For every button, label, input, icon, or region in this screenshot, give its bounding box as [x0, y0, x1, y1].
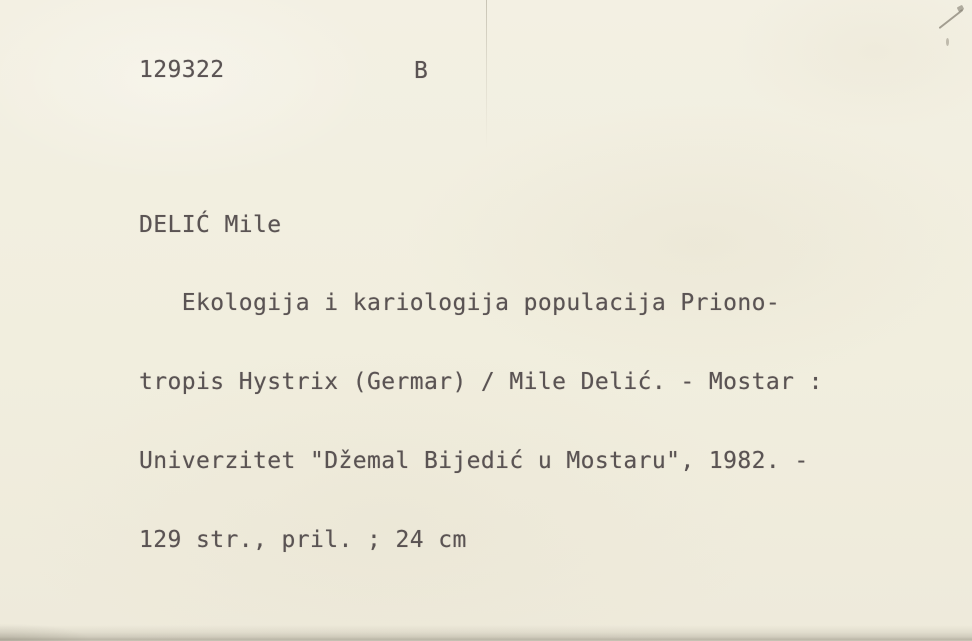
entry-line-publisher-year: Univerzitet "Džemal Bijedić u Mostaru", … [139, 448, 823, 474]
crease-line [486, 0, 487, 150]
catalog-entry: DELIĆ Mile Ekologija i kariologija popul… [139, 159, 823, 606]
call-number: 129322 [139, 57, 224, 83]
card-bottom-edge [0, 625, 972, 641]
entry-heading: DELIĆ Mile [139, 212, 823, 238]
entry-line-author-place: tropis Hystrix (Germar) / Mile Delić. - … [139, 369, 823, 395]
entry-line-collation: 129 str., pril. ; 24 cm [139, 527, 823, 553]
catalog-card: 129322 B DELIĆ Mile Ekologija i kariolog… [0, 0, 972, 641]
entry-line-title: Ekologija i kariologija populacija Prion… [139, 290, 823, 316]
pen-dot [946, 38, 949, 46]
classification-letter: B [414, 58, 428, 84]
pen-mark [939, 9, 964, 29]
